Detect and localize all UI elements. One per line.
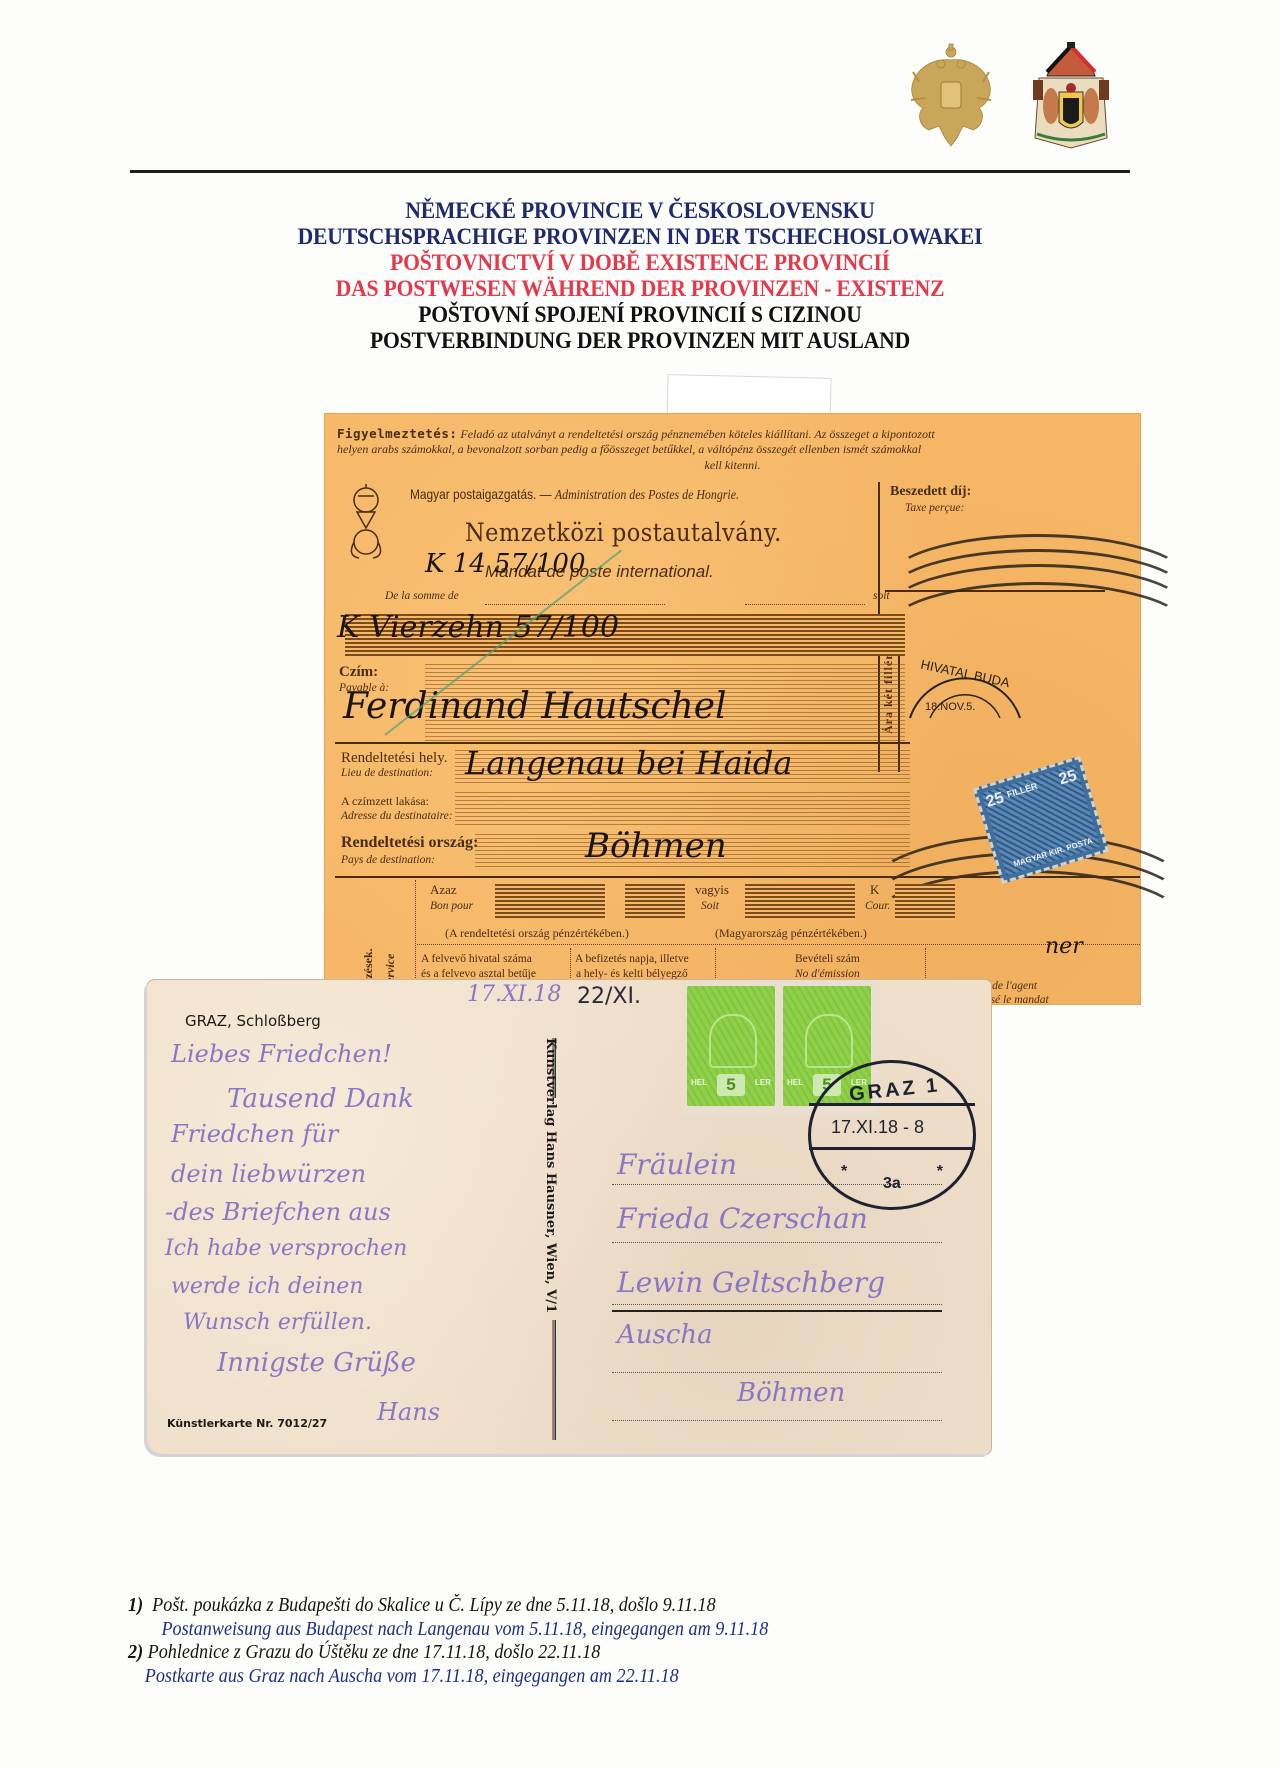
message-line: Friedchen für <box>171 1120 338 1148</box>
sum-field <box>745 604 865 605</box>
address-rule <box>612 1304 942 1305</box>
message-line: Wunsch erfüllen. <box>183 1310 372 1335</box>
caption-1-cz: 1) Pošt. poukázka z Budapešti do Skalice… <box>128 1594 768 1618</box>
message-line: Ich habe versprochen <box>165 1236 407 1261</box>
caption-1-de: Postanweisung aus Budapest nach Langenau… <box>128 1618 768 1642</box>
budapest-postmark: HIVATAL BUDA 18.NOV.5. <box>905 648 1025 728</box>
country-label-fr: Pays de destination: <box>341 854 435 866</box>
cour-field <box>895 884 955 920</box>
heading-line-2: DEUTSCHSPRACHIGE PROVINZEN IN DER TSCHEC… <box>51 224 1229 250</box>
message-signature: Hans <box>377 1398 440 1426</box>
austrian-double-eagle-crest-icon <box>905 42 997 150</box>
graz-postmark: GRAZ 1 17.XI.18 - 8 * * 3a <box>808 1060 976 1210</box>
heading-line-4: DAS POSTWESEN WÄHREND DER PROVINZEN - EX… <box>51 276 1229 302</box>
postmark-star: * <box>841 1163 847 1181</box>
handwritten-signature: ner <box>1045 934 1083 959</box>
sum-label: De la somme de <box>385 590 459 602</box>
money-order-title: Nemzetközi postautalvány. <box>465 518 782 547</box>
publisher-imprint: Kunstverlag Hans Hausner, Wien, V/1 <box>542 1038 560 1388</box>
row-rule <box>417 944 1140 945</box>
handwritten-amount: K 14 57/100 <box>425 549 586 579</box>
heading-line-1: NĚMECKÉ PROVINCIE V ČESKOSLOVENSKU <box>51 198 1229 224</box>
bon-pour-fr: Bon pour <box>430 900 473 912</box>
address-rule <box>612 1242 942 1243</box>
header-rule <box>130 170 1130 173</box>
residence-label-fr: Adresse du destinataire: <box>341 810 453 822</box>
handwritten-destination: Langenau bei Haida <box>465 744 792 782</box>
soit-label: soit <box>873 590 890 602</box>
svg-text:18.NOV.5.: 18.NOV.5. <box>925 701 975 713</box>
caption-2-cz: 2) Pohlednice z Grazu do Úštěku ze dne 1… <box>128 1641 768 1665</box>
warning-text-end: kell kitenni. <box>325 458 1140 473</box>
bon-pour-hu: Azaz <box>430 882 457 898</box>
postmark-date: 17.XI.18 - 8 <box>831 1117 924 1138</box>
bon-pour-field <box>495 884 605 920</box>
stamp-label: HEL <box>691 1078 707 1087</box>
address-line: Fräulein <box>617 1148 737 1181</box>
postcard-footer: Künstlerkarte Nr. 7012/27 <box>167 1417 327 1430</box>
heading-line-3: POŠTOVNICTVÍ V DOBĚ EXISTENCE PROVINCIÍ <box>51 250 1229 276</box>
bon-pour-field <box>625 884 685 920</box>
hu-currency-note: (Magyarország pénzértékében.) <box>715 926 867 941</box>
stamp-label: HEL <box>787 1078 803 1087</box>
imperial-coat-of-arms-icon <box>1025 42 1117 150</box>
austrian-5-heller-stamp: HEL 5 LER <box>682 980 782 1116</box>
postcard-title: GRAZ, Schloßberg <box>185 1012 321 1030</box>
caption-2-de: Postkarte aus Graz nach Auscha vom 17.11… <box>128 1665 768 1689</box>
administration-label: Magyar postaigazgatás. — Administration … <box>410 486 739 504</box>
vagyis-label: vagyis <box>695 882 729 898</box>
residence-label: A czímzett lakása: <box>341 794 429 809</box>
warning-text: Figyelmeztetés: Feladó az utalványt a re… <box>337 426 1137 457</box>
destination-label-fr: Lieu de destination: <box>341 767 433 779</box>
postcard-divider <box>552 1320 556 1440</box>
handwritten-country: Böhmen <box>585 826 727 866</box>
arrival-note: 22/XI. <box>577 984 641 1009</box>
postmark-code: 3a <box>883 1175 901 1193</box>
heading-line-6: POSTVERBINDUNG DER PROVINZEN MIT AUSLAND <box>51 328 1229 354</box>
message-line: -des Briefchen aus <box>165 1198 391 1226</box>
address-line: Auscha <box>617 1320 713 1350</box>
heading-line-5: POŠTOVNÍ SPOJENÍ PROVINCIÍ S CIZINOU <box>51 302 1229 328</box>
address-rule <box>612 1420 942 1421</box>
stamp-label: LER <box>755 1078 771 1087</box>
captions: 1) Pošt. poukázka z Budapešti do Skalice… <box>128 1594 768 1688</box>
message-line: werde ich deinen <box>171 1274 363 1299</box>
address-line: Böhmen <box>737 1378 845 1408</box>
international-money-order: Figyelmeztetés: Feladó az utalványt a re… <box>325 414 1140 1004</box>
fee-label-fr: Taxe perçue: <box>905 502 964 514</box>
post-horn-crown-icon <box>343 482 389 562</box>
postmark-star: * <box>937 1163 943 1181</box>
address-line: Frieda Czerschan <box>617 1202 868 1235</box>
sum-field <box>485 604 665 605</box>
address-rule <box>612 1372 942 1373</box>
message-line: Tausend Dank <box>227 1084 414 1114</box>
stamp-value: 5 <box>717 1074 745 1096</box>
residence-field <box>455 792 910 826</box>
soit-label-2: Soit <box>701 900 719 912</box>
page-headings: NĚMECKÉ PROVINCIE V ČESKOSLOVENSKU DEUTS… <box>0 198 1280 354</box>
cour-label: Cour. <box>865 900 890 912</box>
address-rule <box>612 1310 942 1312</box>
k-label: K <box>870 882 879 898</box>
destination-label: Rendeltetési hely. <box>341 750 448 767</box>
country-label: Rendeltetési ország: <box>341 834 478 852</box>
crown-icon <box>709 1014 757 1068</box>
soit-field <box>745 884 855 920</box>
message-line: dein liebwürzen <box>171 1160 366 1188</box>
message-line: Innigste Grüße <box>217 1348 416 1378</box>
svg-text:HIVATAL BUDA: HIVATAL BUDA <box>919 657 1011 691</box>
handwritten-amount-words: K Vierzehn 57/100 <box>337 610 619 645</box>
postmark-town: GRAZ 1 <box>848 1074 941 1106</box>
handwritten-date: 17.XI.18 <box>467 982 561 1007</box>
address-line: Lewin Geltschberg <box>617 1266 885 1299</box>
address-label: Czím: <box>339 664 378 681</box>
income-number-label: Bevételi számNo d'émission <box>795 952 860 982</box>
crown-icon <box>805 1014 853 1068</box>
fee-label: Beszedett díj: <box>890 484 971 500</box>
message-line: Liebes Friedchen! <box>171 1040 392 1068</box>
dest-currency-note: (A rendeltetési ország pénzértékében.) <box>445 926 629 941</box>
